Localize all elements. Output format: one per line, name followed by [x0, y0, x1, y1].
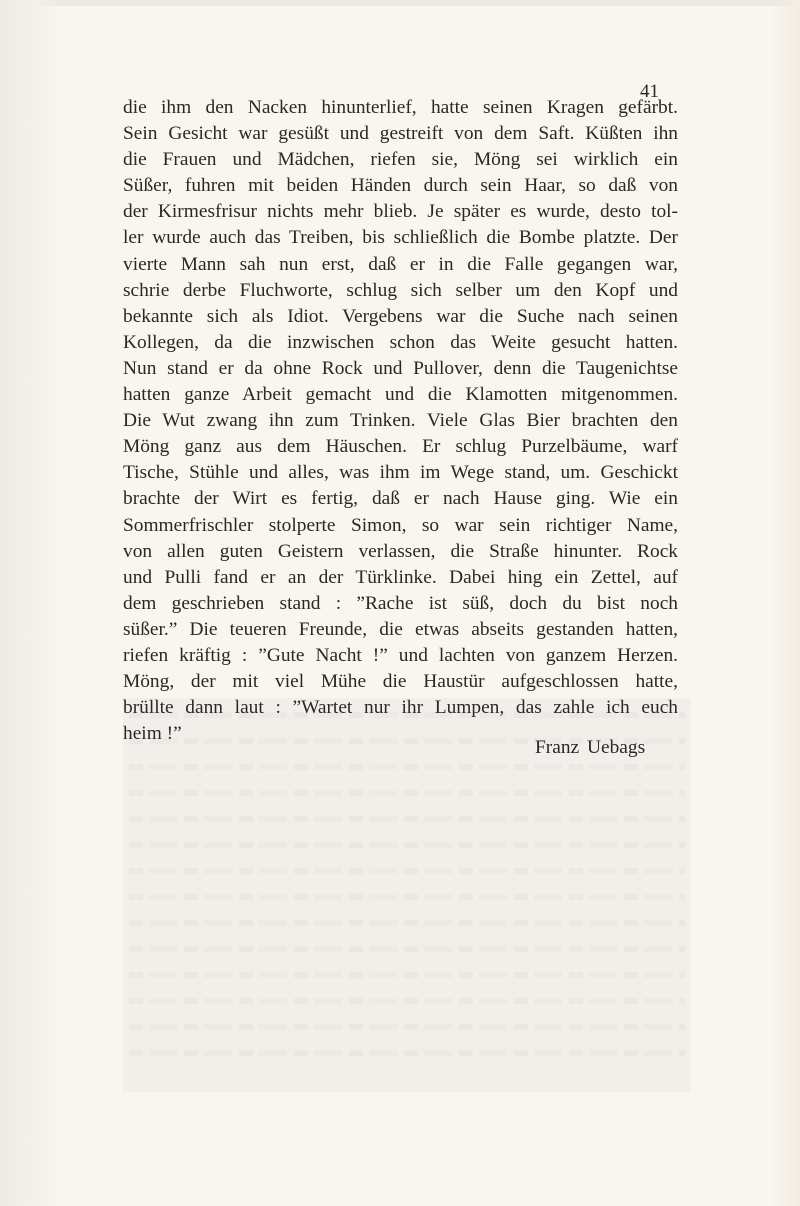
author-signature: Franz Uebags: [535, 735, 645, 761]
text-line: Sommerfrischler stolperte Simon, so war …: [123, 513, 678, 539]
text-line: Möng ganz aus dem Häuschen. Er schlug Pu…: [123, 434, 678, 460]
text-line: schrie derbe Fluchworte, schlug sich sel…: [123, 278, 678, 304]
text-line: süßer.” Die teueren Freunde, die etwas a…: [123, 617, 678, 643]
text-line: Möng, der mit viel Mühe die Haustür aufg…: [123, 669, 678, 695]
page-top-edge: [0, 0, 800, 6]
body-text: die ihm den Nacken hinunterlief, hatte s…: [123, 95, 678, 747]
text-line: brüllte dann laut : ”Wartet nur ihr Lump…: [123, 695, 678, 721]
text-line: brachte der Wirt es fertig, daß er nach …: [123, 486, 678, 512]
text-line: Sein Gesicht war gesüßt und gestreift vo…: [123, 121, 678, 147]
text-line: vierte Mann sah nun erst, daß er in die …: [123, 252, 678, 278]
text-line: Süßer, fuhren mit beiden Händen durch se…: [123, 173, 678, 199]
text-line: von allen guten Geistern verlassen, die …: [123, 539, 678, 565]
text-line: bekannte sich als Idiot. Vergebens war d…: [123, 304, 678, 330]
text-line: und Pulli fand er an der Türklinke. Dabe…: [123, 565, 678, 591]
text-line: der Kirmesfrisur nichts mehr blieb. Je s…: [123, 199, 678, 225]
text-line: Tische, Stühle und alles, was ihm im Weg…: [123, 460, 678, 486]
text-line: riefen kräftig : ”Gute Nacht !” und lach…: [123, 643, 678, 669]
text-line: Kollegen, da die inzwischen schon das We…: [123, 330, 678, 356]
page-gutter-shadow: [0, 0, 60, 1206]
text-line: dem geschrieben stand : ”Rache ist süß, …: [123, 591, 678, 617]
text-line: die ihm den Nacken hinunterlief, hatte s…: [123, 95, 678, 121]
page-right-edge: [770, 0, 800, 1206]
text-line: ler wurde auch das Treiben, bis schließl…: [123, 225, 678, 251]
text-line: die Frauen und Mädchen, riefen sie, Möng…: [123, 147, 678, 173]
text-line: hatten ganze Arbeit gemacht und die Klam…: [123, 382, 678, 408]
text-line: Nun stand er da ohne Rock und Pullover, …: [123, 356, 678, 382]
text-line: Die Wut zwang ihn zum Trinken. Viele Gla…: [123, 408, 678, 434]
